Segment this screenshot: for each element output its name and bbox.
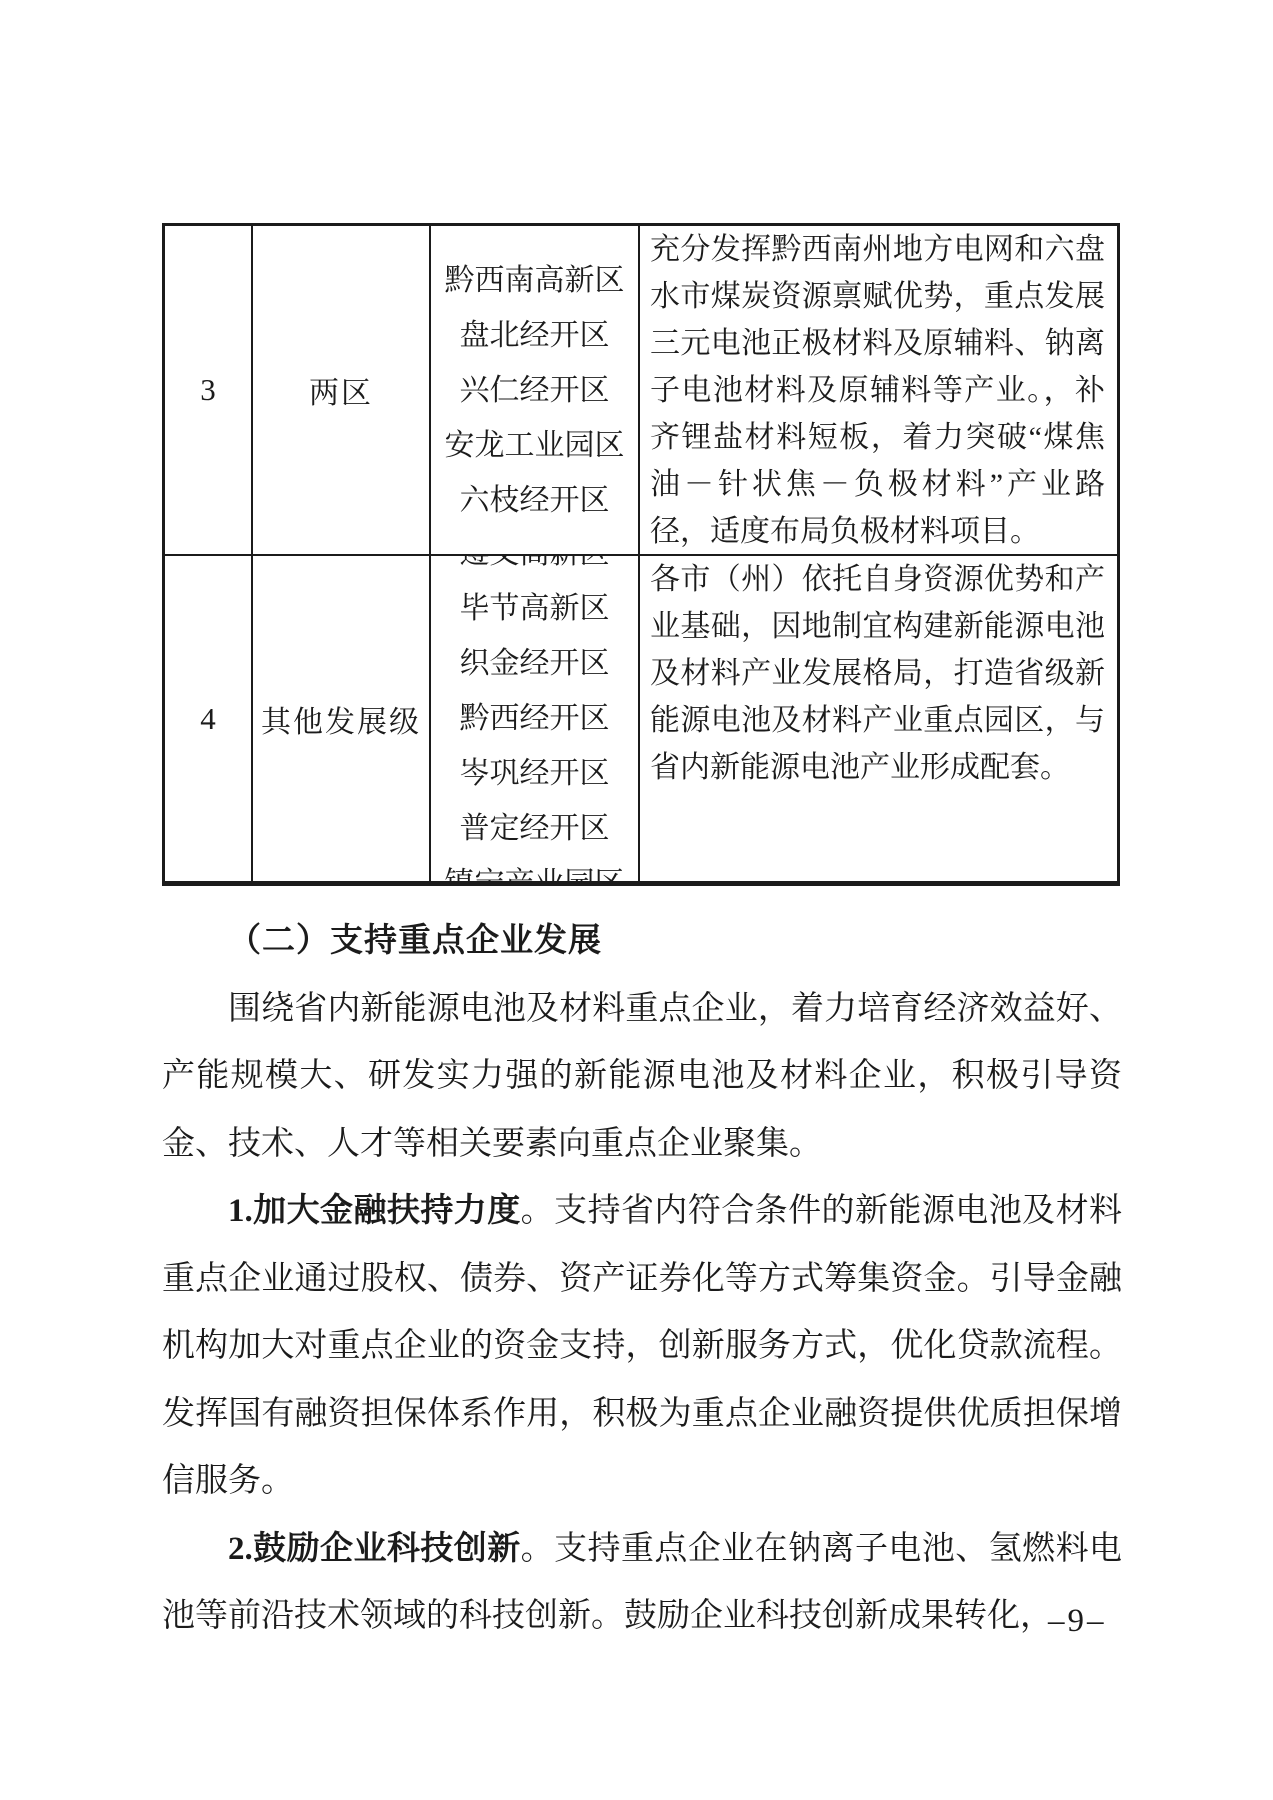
- table-cell-parks: 遵义高新区 毕节高新区 织金经开区 黔西经开区 岑巩经开区 普定经开区 镇宁产业…: [431, 556, 640, 883]
- document-body: （二）支持重点企业发展 围绕省内新能源电池及材料重点企业，着力培育经济效益好、产…: [162, 908, 1122, 1651]
- parks-list: 遵义高新区 毕节高新区 织金经开区 黔西经开区 岑巩经开区 普定经开区 镇宁产业…: [445, 556, 625, 883]
- paragraph-overview: 围绕省内新能源电池及材料重点企业，着力培育经济效益好、产能规模大、研发实力强的新…: [162, 976, 1122, 1179]
- tier-value: 其他发展级: [261, 697, 421, 741]
- item-2-lead: 2.鼓励企业科技创新: [228, 1531, 521, 1567]
- table-cell-description: 各市（州）依托自身资源优势和产业基础，因地制宜构建新能源电池及材料产业发展格局，…: [640, 556, 1117, 883]
- parks-list: 黔西南高新区 盘北经开区 兴仁经开区 安龙工业园区 六枝经开区: [445, 253, 625, 528]
- row-index-value: 4: [200, 701, 216, 737]
- table-cell-row-index: 3: [165, 226, 253, 556]
- paragraph-tech-innovation: 2.鼓励企业科技创新。支持重点企业在钠离子电池、氢燃料电池等前沿技术领域的科技创…: [162, 1516, 1122, 1651]
- row-index-value: 3: [200, 372, 216, 408]
- table-cell-tier: 两区: [253, 226, 431, 556]
- description-text: 充分发挥黔西南州地方电网和六盘水市煤炭资源禀赋优势，重点发展三元电池正极材料及原…: [650, 226, 1105, 555]
- table-cell-row-index: 4: [165, 556, 253, 883]
- table-cell-parks: 黔西南高新区 盘北经开区 兴仁经开区 安龙工业园区 六枝经开区: [431, 226, 640, 556]
- tier-value: 两区: [309, 368, 373, 412]
- item-1-lead: 1.加大金融扶持力度: [228, 1193, 521, 1229]
- description-text: 各市（州）依托自身资源优势和产业基础，因地制宜构建新能源电池及材料产业发展格局，…: [650, 556, 1105, 791]
- table-cell-tier: 其他发展级: [253, 556, 431, 883]
- industrial-parks-table: 3 两区 黔西南高新区 盘北经开区 兴仁经开区 安龙工业园区 六枝经开区 充分发…: [162, 223, 1120, 886]
- page-number: –9–: [1048, 1603, 1107, 1640]
- paragraph-overview-text: 围绕省内新能源电池及材料重点企业，着力培育经济效益好、产能规模大、研发实力强的新…: [162, 991, 1122, 1162]
- item-1-text: 。支持省内符合条件的新能源电池及材料重点企业通过股权、债券、资产证券化等方式筹集…: [162, 1193, 1122, 1499]
- document-page: 3 两区 黔西南高新区 盘北经开区 兴仁经开区 安龙工业园区 六枝经开区 充分发…: [0, 0, 1273, 1800]
- paragraph-finance-support: 1.加大金融扶持力度。支持省内符合条件的新能源电池及材料重点企业通过股权、债券、…: [162, 1178, 1122, 1516]
- table-cell-description: 充分发挥黔西南州地方电网和六盘水市煤炭资源禀赋优势，重点发展三元电池正极材料及原…: [640, 226, 1117, 556]
- section-heading: （二）支持重点企业发展: [162, 908, 1122, 976]
